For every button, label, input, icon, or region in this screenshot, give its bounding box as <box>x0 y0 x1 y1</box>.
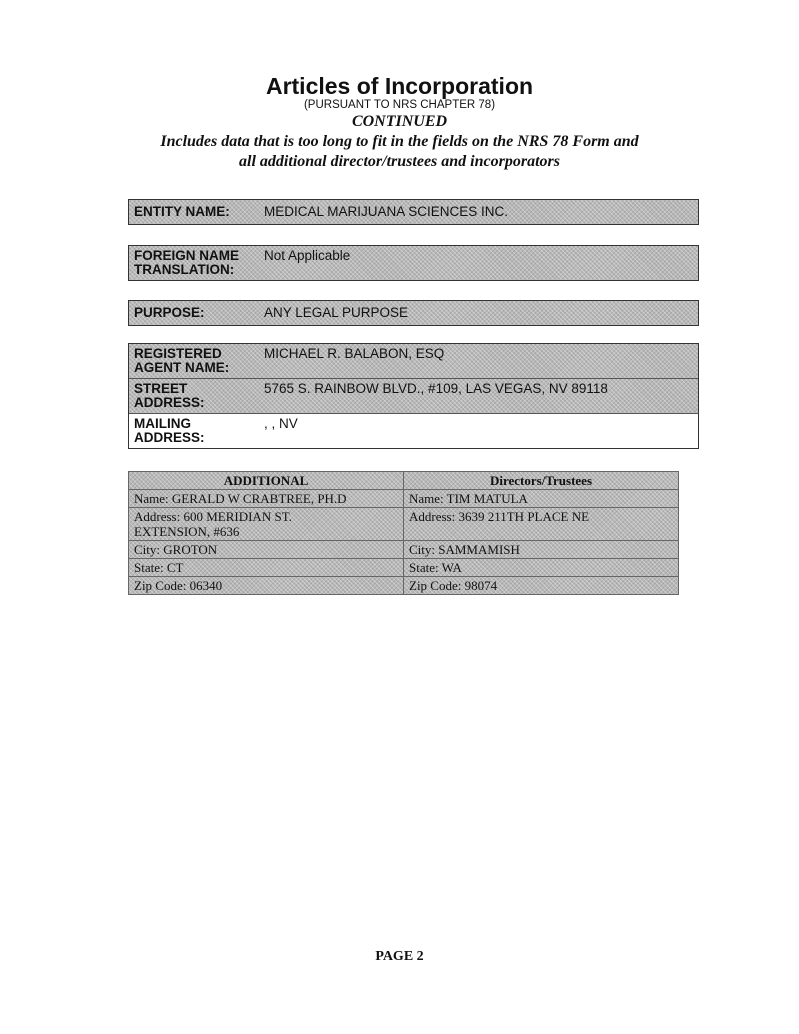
document-subtitle: (PURSUANT TO NRS CHAPTER 78) <box>0 99 799 111</box>
street-label: STREET ADDRESS: <box>134 382 264 410</box>
table-row: Name: GERALD W CRABTREE, PH.D Name: TIM … <box>129 490 679 508</box>
mailing-value: , , NV <box>264 417 693 445</box>
directors-table: ADDITIONAL Directors/Trustees Name: GERA… <box>128 471 679 595</box>
foreign-name-label-line1: FOREIGN NAME <box>134 249 264 263</box>
entity-name-value: MEDICAL MARIJUANA SCIENCES INC. <box>264 205 693 219</box>
page-number: PAGE 2 <box>0 949 799 965</box>
director2-name: Name: TIM MATULA <box>404 490 679 508</box>
director1-state: State: CT <box>129 559 404 577</box>
director1-zip: Zip Code: 06340 <box>129 577 404 595</box>
mailing-label-line2: ADDRESS: <box>134 431 264 445</box>
director1-city: City: GROTON <box>129 541 404 559</box>
agent-value: MICHAEL R. BALABON, ESQ <box>264 347 693 375</box>
director1-name: Name: GERALD W CRABTREE, PH.D <box>129 490 404 508</box>
agent-box: REGISTERED AGENT NAME: MICHAEL R. BALABO… <box>128 343 699 449</box>
director2-state: State: WA <box>404 559 679 577</box>
foreign-name-label-line2: TRANSLATION: <box>134 263 264 277</box>
director1-address-line2: EXTENSION, #636 <box>134 524 398 539</box>
directors-header-right: Directors/Trustees <box>404 472 679 490</box>
entity-name-box: ENTITY NAME: MEDICAL MARIJUANA SCIENCES … <box>128 199 699 225</box>
street-label-line2: ADDRESS: <box>134 396 264 410</box>
agent-label-line1: REGISTERED <box>134 347 264 361</box>
directors-header-left: ADDITIONAL <box>129 472 404 490</box>
mailing-label-line1: MAILING <box>134 417 264 431</box>
foreign-name-value: Not Applicable <box>264 249 693 277</box>
purpose-value: ANY LEGAL PURPOSE <box>264 306 693 320</box>
street-value: 5765 S. RAINBOW BLVD., #109, LAS VEGAS, … <box>264 382 693 410</box>
note-line-2: all additional director/trustees and inc… <box>0 152 799 172</box>
table-row: State: CT State: WA <box>129 559 679 577</box>
director1-address: Address: 600 MERIDIAN ST. EXTENSION, #63… <box>129 508 404 541</box>
table-row: City: GROTON City: SAMMAMISH <box>129 541 679 559</box>
foreign-name-box: FOREIGN NAME TRANSLATION: Not Applicable <box>128 245 699 281</box>
mailing-label: MAILING ADDRESS: <box>134 417 264 445</box>
director1-address-line1: Address: 600 MERIDIAN ST. <box>134 509 398 524</box>
director2-address: Address: 3639 211TH PLACE NE <box>404 508 679 541</box>
foreign-name-label: FOREIGN NAME TRANSLATION: <box>134 249 264 277</box>
director2-zip: Zip Code: 98074 <box>404 577 679 595</box>
street-label-line1: STREET <box>134 382 264 396</box>
purpose-box: PURPOSE: ANY LEGAL PURPOSE <box>128 300 699 326</box>
note-text: Includes data that is too long to fit in… <box>0 132 799 172</box>
document-title: Articles of Incorporation <box>0 73 799 100</box>
agent-label: REGISTERED AGENT NAME: <box>134 347 264 375</box>
entity-name-label: ENTITY NAME: <box>134 205 264 219</box>
table-row: Zip Code: 06340 Zip Code: 98074 <box>129 577 679 595</box>
director2-city: City: SAMMAMISH <box>404 541 679 559</box>
agent-label-line2: AGENT NAME: <box>134 361 264 375</box>
table-row: Address: 600 MERIDIAN ST. EXTENSION, #63… <box>129 508 679 541</box>
note-line-1: Includes data that is too long to fit in… <box>0 132 799 152</box>
continued-heading: CONTINUED <box>0 113 799 131</box>
purpose-label: PURPOSE: <box>134 306 264 320</box>
